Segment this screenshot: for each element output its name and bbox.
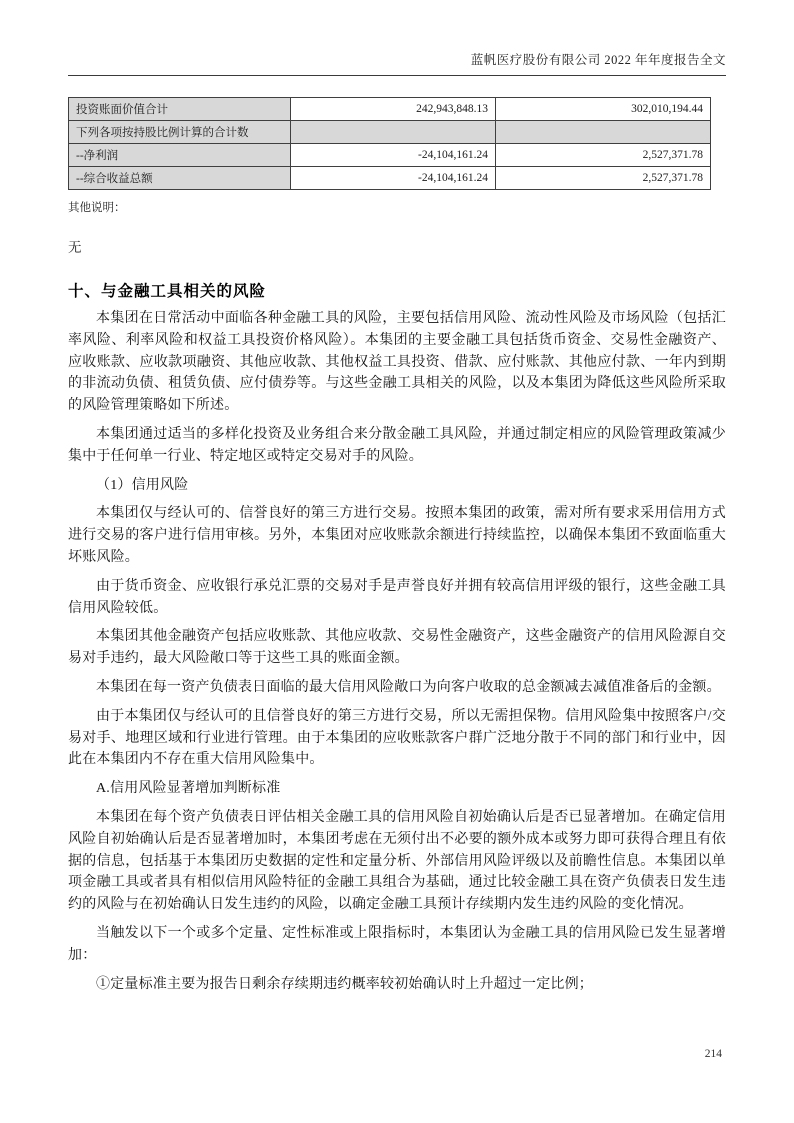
table-row: 投资账面价值合计 242,943,848.13 302,010,194.44 (69, 98, 711, 121)
paragraph: 本集团在每个资产负债表日评估相关金融工具的信用风险自初始确认后是否已显著增加。在… (68, 807, 726, 916)
page-header: 蓝帆医疗股份有限公司 2022 年年度报告全文 (68, 50, 726, 76)
table-row: 下列各项按持股比例计算的合计数 (69, 121, 711, 144)
table-row: --净利润 -24,104,161.24 2,527,371.78 (69, 144, 711, 167)
current-period-value (291, 121, 496, 144)
prior-period-value: 302,010,194.44 (496, 98, 711, 121)
current-period-value: -24,104,161.24 (291, 144, 496, 167)
prior-period-value (496, 121, 711, 144)
report-title: 蓝帆医疗股份有限公司 2022 年年度报告全文 (471, 53, 726, 67)
paragraph: 本集团在日常活动中面临各种金融工具的风险，主要包括信用风险、流动性风险及市场风险… (68, 308, 726, 417)
section-heading: 十、与金融工具相关的风险 (68, 279, 726, 301)
current-period-value: 242,943,848.13 (291, 98, 496, 121)
paragraph: 由于货币资金、应收银行承兑汇票的交易对手是声誉良好并拥有较高信用评级的银行，这些… (68, 576, 726, 620)
subsection-label: （1）信用风险 (68, 475, 726, 497)
paragraph: 本集团其他金融资产包括应收账款、其他应收款、交易性金融资产，这些金融资产的信用风… (68, 626, 726, 670)
row-label: 下列各项按持股比例计算的合计数 (69, 121, 291, 144)
prior-period-value: 2,527,371.78 (496, 144, 711, 167)
paragraph: 本集团通过适当的多样化投资及业务组合来分散金融工具风险，并通过制定相应的风险管理… (68, 424, 726, 468)
row-label: --净利润 (69, 144, 291, 167)
paragraph: ①定量标准主要为报告日剩余存续期违约概率较初始确认时上升超过一定比例； (68, 974, 726, 996)
current-period-value: -24,104,161.24 (291, 167, 496, 190)
subsection-label: A.信用风险显著增加判断标准 (68, 778, 726, 800)
body-text: 本集团在日常活动中面临各种金融工具的风险，主要包括信用风险、流动性风险及市场风险… (68, 308, 726, 995)
investment-summary-table: 投资账面价值合计 242,943,848.13 302,010,194.44 下… (68, 97, 711, 190)
paragraph: 本集团仅与经认可的、信誉良好的第三方进行交易。按照本集团的政策，需对所有要求采用… (68, 503, 726, 568)
row-label: --综合收益总额 (69, 167, 291, 190)
paragraph: 由于本集团仅与经认可的且信誉良好的第三方进行交易，所以无需担保物。信用风险集中按… (68, 706, 726, 771)
page-number: 214 (705, 1048, 722, 1060)
prior-period-value: 2,527,371.78 (496, 167, 711, 190)
paragraph: 当触发以下一个或多个定量、定性标准或上限指标时，本集团认为金融工具的信用风险已发… (68, 923, 726, 967)
table-row: --综合收益总额 -24,104,161.24 2,527,371.78 (69, 167, 711, 190)
row-label: 投资账面价值合计 (69, 98, 291, 121)
other-note-value: 无 (68, 236, 726, 256)
paragraph: 本集团在每一资产负债表日面临的最大信用风险敞口为向客户收取的总金额减去减值准备后… (68, 677, 726, 699)
report-page: 蓝帆医疗股份有限公司 2022 年年度报告全文 投资账面价值合计 242,943… (0, 0, 794, 1123)
other-note-label: 其他说明： (68, 199, 726, 215)
